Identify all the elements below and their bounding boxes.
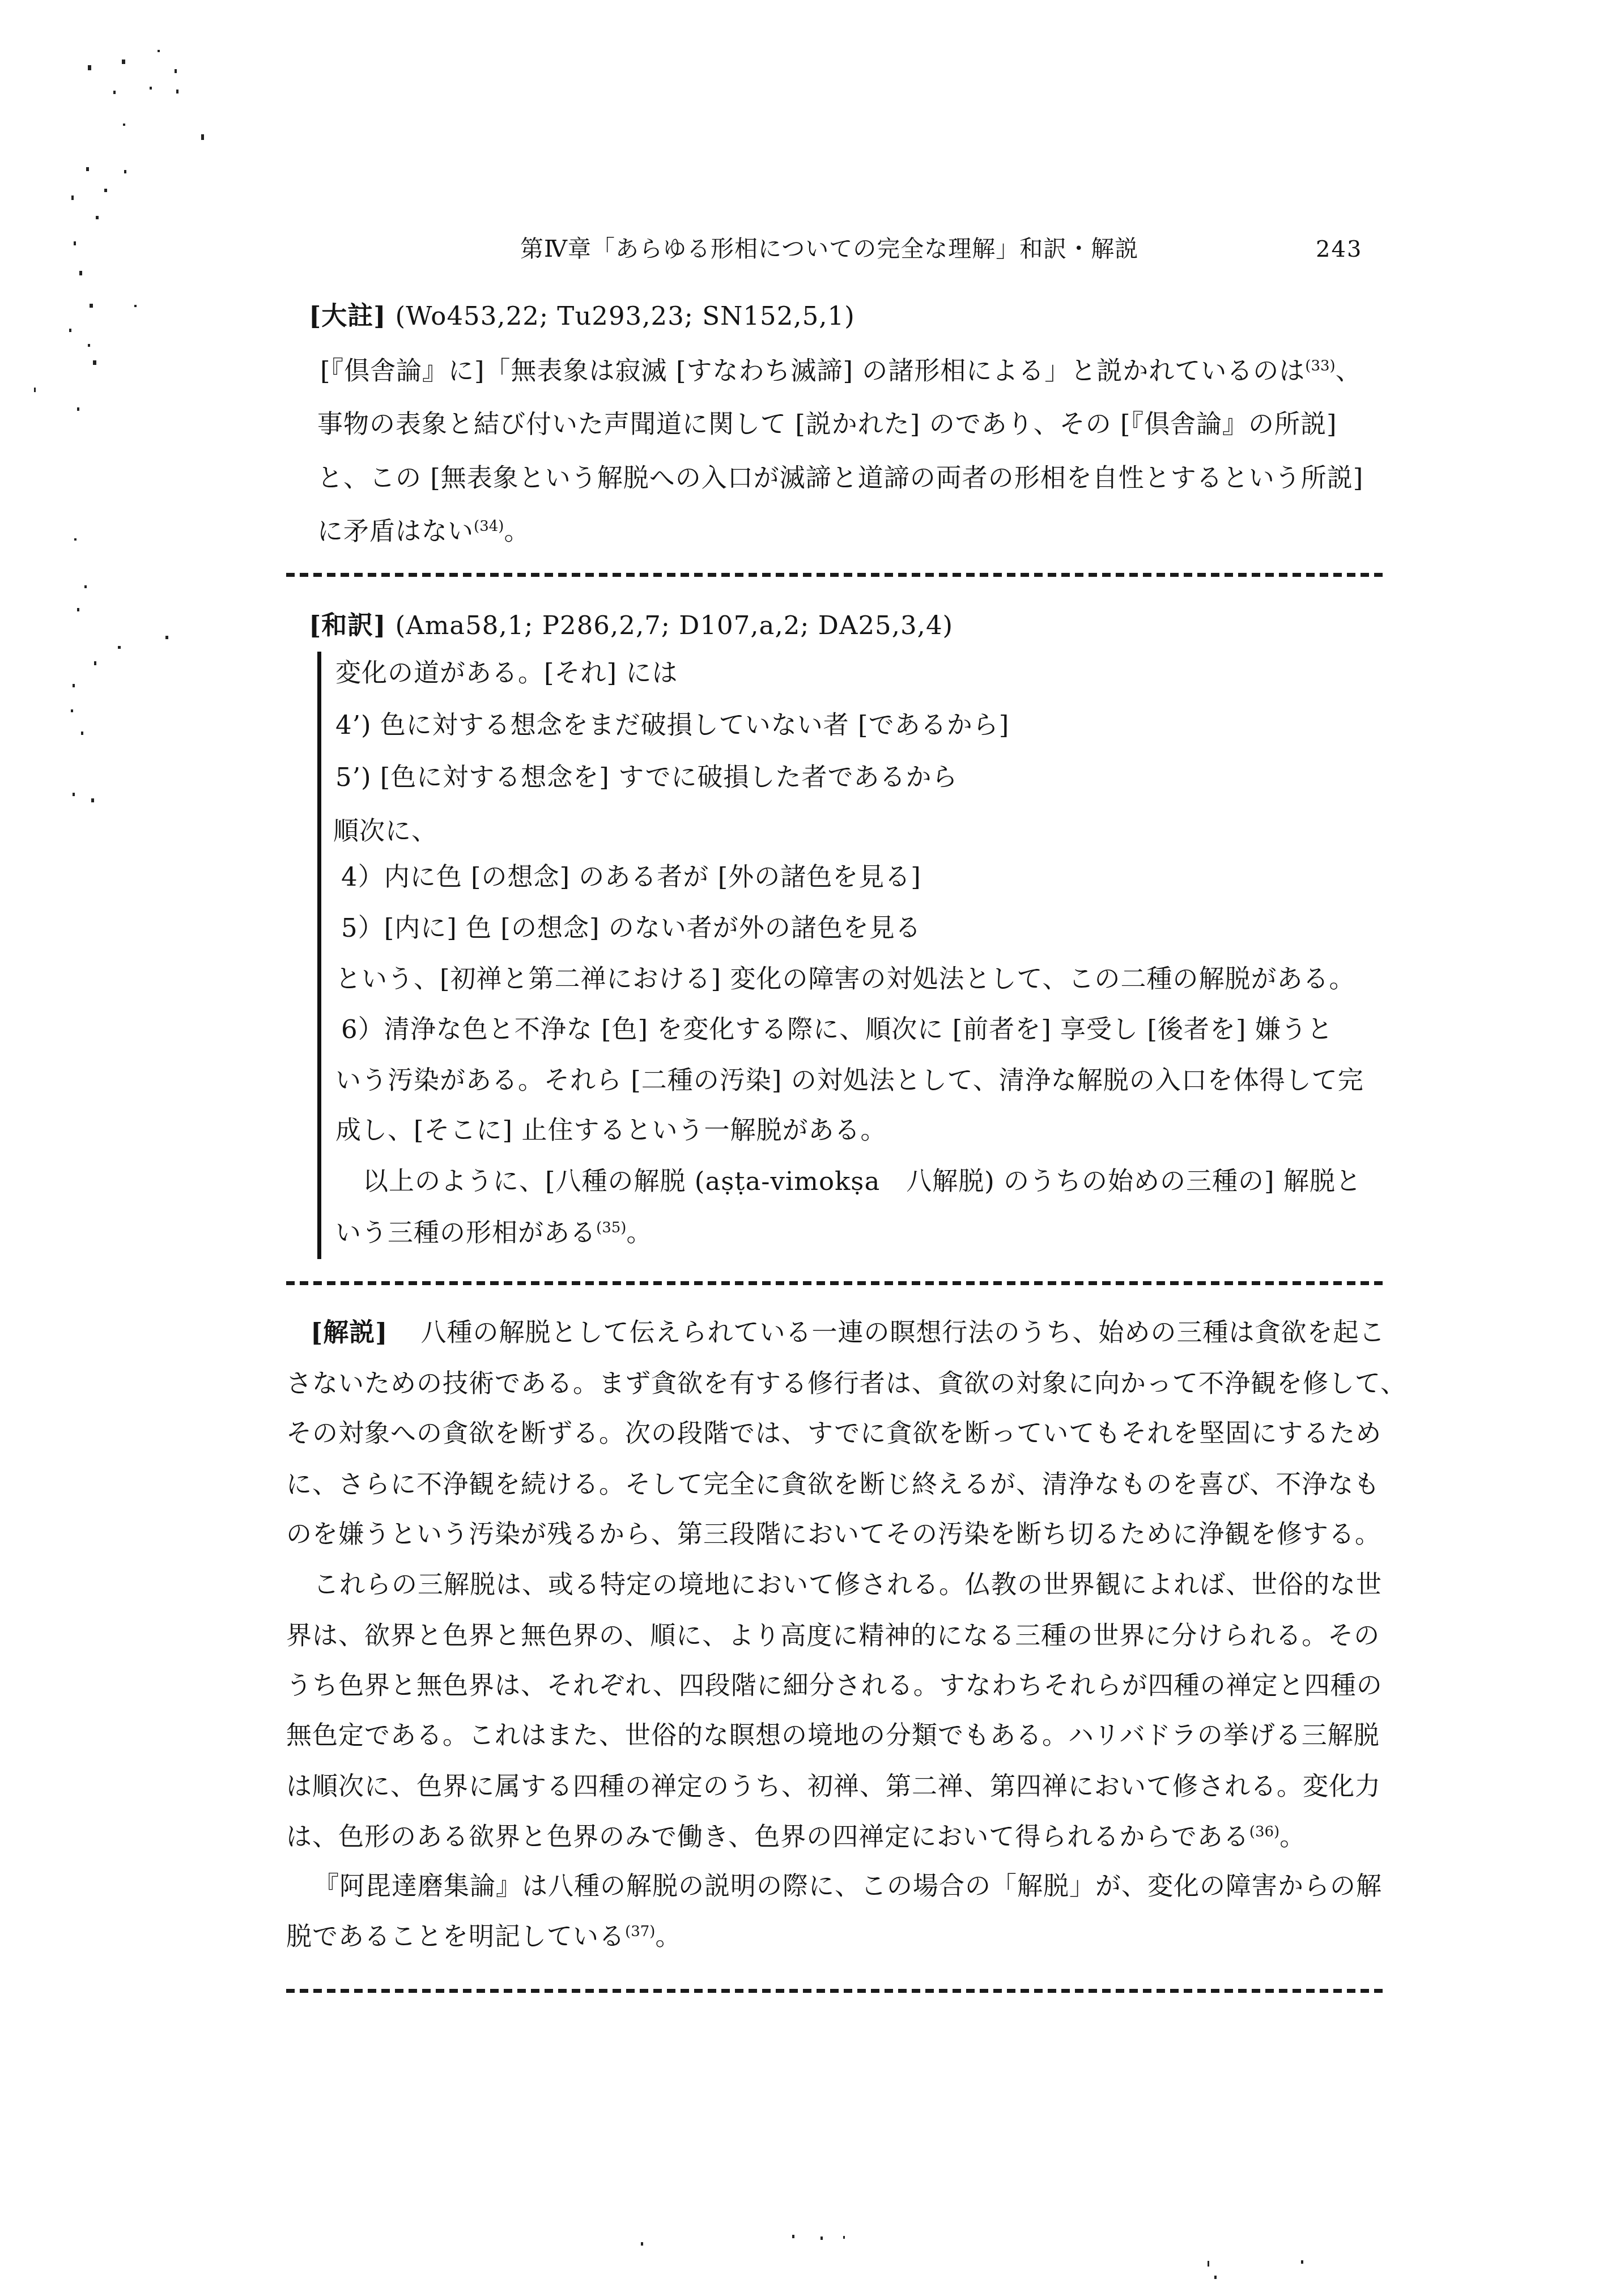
footnote-ref-33: (33) <box>1305 358 1335 375</box>
quote-line-12-tail: 。 <box>626 1218 652 1248</box>
quote-line-3: 5’) [色に対する想念を] すでに破損した者であるから <box>335 762 958 792</box>
page-number: 243 <box>1316 236 1362 263</box>
scan-speck <box>176 90 178 93</box>
quote-line-2: 4’) 色に対する想念をまだ破損していない者 [であるから] <box>335 710 1009 740</box>
scan-speck <box>122 59 125 64</box>
footnote-ref-34: (34) <box>474 518 504 535</box>
scan-speck <box>84 585 87 588</box>
kaisetsu-line-6: これらの三解脱は、或る特定の境地において修される。仏教の世界観によれば、世俗的な… <box>313 1570 1382 1600</box>
kaisetsu-line-3: その対象への貪欲を断ずる。次の段階では、すでに貪欲を断っていてもそれを堅固にする… <box>286 1418 1381 1448</box>
dainchu-heading: [大註](Wo453,22; Tu293,23; SN152,5,1) <box>309 301 855 331</box>
scan-speck <box>1214 2276 1217 2279</box>
section-separator-2 <box>286 1281 1387 1285</box>
quote-line-12: いう三種の形相がある(35)。 <box>335 1218 652 1248</box>
kaisetsu-line-13-text: 脱であることを明記している <box>286 1921 625 1951</box>
quote-line-7: という、[初禅と第二禅における] 変化の障害の対処法として、この二種の解脱がある… <box>335 964 1355 994</box>
quote-block-bar <box>317 652 321 1259</box>
scan-speck <box>88 65 91 70</box>
scan-speck <box>88 344 90 347</box>
scan-speck <box>96 216 99 219</box>
scan-speck <box>93 360 96 365</box>
quote-line-8: 6）清浄な色と不浄な [色] を変化する際に、順次に [前者を] 享受し [後者… <box>341 1014 1333 1044</box>
dainchu-line-4: に矛盾はない(34)。 <box>317 516 530 546</box>
scan-speck <box>134 305 137 307</box>
scan-speck <box>104 189 107 192</box>
scan-speck <box>641 2242 643 2246</box>
kaisetsu-line-7: 界は、欲界と色界と無色界の、順に、より高度に精神的になる三種の世界に分けられる。… <box>286 1621 1380 1651</box>
kaisetsu-line-2: さないための技術である。まず貪欲を有する修行者は、貪欲の対象に向かって不浄観を修… <box>286 1368 1406 1398</box>
footnote-ref-35: (35) <box>596 1219 626 1236</box>
kaisetsu-line-11-tail: 。 <box>1279 1822 1306 1852</box>
scan-speck <box>1301 2260 1303 2264</box>
kaisetsu-line-11: は、色形のある欲界と色界のみで働き、色界の四禅定において得られるからである(36… <box>286 1822 1306 1852</box>
scan-speck <box>1208 2261 1209 2267</box>
scan-speck <box>71 709 73 712</box>
scan-speck <box>843 2236 845 2239</box>
kaisetsu-line-1: [解説]八種の解脱として伝えられている一連の瞑想行法のうち、始めの三種は貪欲を起… <box>311 1317 1385 1347</box>
scan-speck <box>175 69 177 73</box>
dainchu-refs: (Wo453,22; Tu293,23; SN152,5,1) <box>396 301 855 331</box>
quote-line-6: 5）[内に] 色 [の想念] のない者が外の諸色を見る <box>341 913 921 943</box>
scan-speck <box>165 636 168 639</box>
quote-line-4: 順次に、 <box>333 816 437 846</box>
kaisetsu-label: [解説] <box>311 1317 388 1347</box>
scan-speck <box>201 134 204 140</box>
kaisetsu-line-12: 『阿毘達磨集論』は八種の解脱の説明の際に、この場合の「解脱」が、変化の障害からの… <box>313 1871 1382 1901</box>
kaisetsu-line-8: うち色界と無色界は、それぞれ、四段階に細分される。すなわちそれらが四種の禅定と四… <box>286 1670 1383 1700</box>
kaisetsu-line-9: 無色定である。これはまた、世俗的な瞑想の境地の分類でもある。ハリバドラの挙げる三… <box>286 1720 1380 1750</box>
scan-speck <box>74 241 76 245</box>
quote-line-5: 4）内に色 [の想念] のある者が [外の諸色を見る] <box>341 862 921 892</box>
dainchu-line-2: 事物の表象と結び付いた声聞道に関して [説かれた] のであり、その [『倶舎論』… <box>317 409 1337 439</box>
scan-speck <box>74 538 76 541</box>
dainchu-line-3: と、この [無表象という解脱への入口が滅諦と道諦の両者の形相を自性とするという所… <box>317 463 1363 493</box>
dainchu-line-4-text: に矛盾はない <box>317 516 474 546</box>
scan-speck <box>79 271 82 275</box>
scan-speck <box>91 798 94 802</box>
scan-speck <box>73 793 75 796</box>
scan-speck <box>34 388 36 392</box>
scanned-document-page: 第Ⅳ章「あらゆる形相についての完全な理解」和訳・解説 243 [大註](Wo45… <box>0 0 1624 2296</box>
scan-speck <box>792 2235 794 2238</box>
scan-speck <box>158 50 160 52</box>
scan-speck <box>81 732 83 735</box>
kaisetsu-line-10: は順次に、色界に属する四種の禅定のうち、初禅、第二禅、第四禅において修される。変… <box>286 1771 1381 1801</box>
dainchu-line-4-tail: 。 <box>504 516 530 546</box>
footnote-ref-37: (37) <box>625 1923 655 1940</box>
dainchu-line-1-text: [『倶舎論』に]「無表象は寂滅 [すなわち滅諦] の諸形相による」と説かれている… <box>320 356 1305 386</box>
scan-speck <box>69 329 71 332</box>
dainchu-label: [大註] <box>309 301 386 331</box>
section-separator-3 <box>286 1989 1387 1993</box>
quote-line-11: 以上のように、[八種の解脱 (aṣṭa-vimokṣa 八解脱) のうちの始めの… <box>363 1166 1362 1196</box>
quote-line-10: 成し、[そこに] 止住するという一解脱がある。 <box>335 1115 886 1145</box>
kaisetsu-line-5: のを嫌うという汚染が残るから、第三段階においてその汚染を断ち切るために浄観を修す… <box>286 1519 1381 1549</box>
dainchu-line-1: [『倶舎論』に]「無表象は寂滅 [すなわち滅諦] の諸形相による」と説かれている… <box>320 356 1362 386</box>
wayaku-label: [和訳] <box>309 610 386 640</box>
kaisetsu-line-4: に、さらに不浄観を続ける。そして完全に貪欲を断じ終えるが、清浄なものを喜び、不浄… <box>286 1469 1380 1499</box>
scan-speck <box>77 407 79 411</box>
scan-speck <box>90 304 93 308</box>
scan-speck <box>94 661 96 665</box>
section-separator-1 <box>286 573 1387 577</box>
quote-line-12-text: いう三種の形相がある <box>335 1218 596 1248</box>
scan-speck <box>118 646 121 649</box>
kaisetsu-line-13-tail: 。 <box>655 1921 681 1951</box>
dainchu-line-1-tail: 、 <box>1336 356 1362 386</box>
quote-line-9: いう汚染がある。それら [二種の汚染] の対処法として、清浄な解脱の入口を体得し… <box>335 1065 1364 1095</box>
wayaku-refs: (Ama58,1; P286,2,7; D107,a,2; DA25,3,4) <box>396 610 953 640</box>
kaisetsu-line-13: 脱であることを明記している(37)。 <box>286 1921 681 1951</box>
quote-line-1: 変化の道がある。[それ] には <box>335 658 678 688</box>
running-header-title: 第Ⅳ章「あらゆる形相についての完全な理解」和訳・解説 <box>520 235 1138 262</box>
scan-speck <box>124 170 126 173</box>
wayaku-heading: [和訳](Ama58,1; P286,2,7; D107,a,2; DA25,3… <box>309 610 953 640</box>
scan-speck <box>86 167 89 171</box>
kaisetsu-line-11-text: は、色形のある欲界と色界のみで働き、色界の四禅定において得られるからである <box>286 1822 1249 1852</box>
scan-speck <box>77 608 79 611</box>
scan-speck <box>113 91 116 94</box>
scan-speck <box>71 195 74 200</box>
scan-speck <box>820 2237 823 2240</box>
scan-speck <box>150 87 152 90</box>
scan-speck <box>73 684 75 687</box>
kaisetsu-line-1-text: 八種の解脱として伝えられている一連の瞑想行法のうち、始めの三種は貪欲を起こ <box>421 1317 1385 1347</box>
scan-speck <box>123 124 125 126</box>
footnote-ref-36: (36) <box>1249 1823 1279 1840</box>
